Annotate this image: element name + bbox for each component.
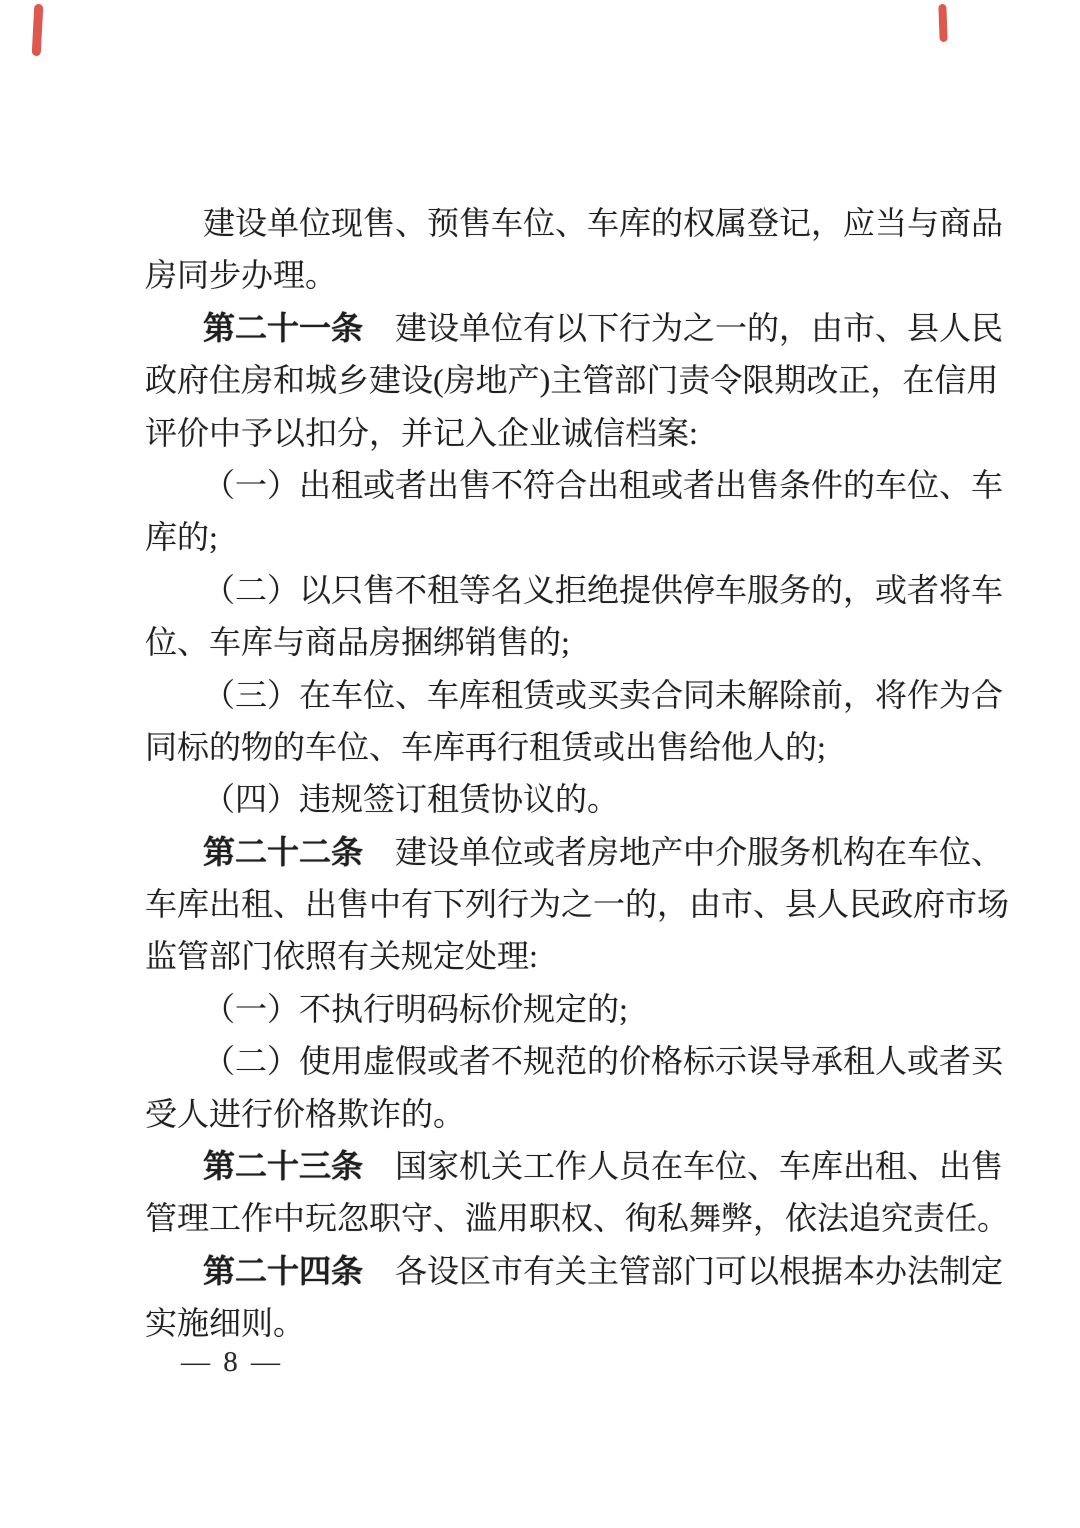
body-text-run: 国家机关工作人员在车位、车库出租、出售 [363, 1148, 1003, 1184]
text-line: （二）以只售不租等名义拒绝提供停车服务的，或者将车 [145, 564, 1045, 616]
text-line: 库的; [145, 511, 1045, 563]
article-heading: 第二十三条 [203, 1148, 363, 1184]
body-text-run: 车库出租、出售中有下列行为之一的，由市、县人民政府市场 [145, 886, 1009, 922]
body-text-run: （一）不执行明码标价规定的; [203, 991, 628, 1027]
article-heading: 第二十四条 [203, 1253, 363, 1289]
text-line: 受人进行价格欺诈的。 [145, 1088, 1045, 1140]
text-line: 同标的物的车位、车库再行租赁或出售给他人的; [145, 721, 1045, 773]
body-text-run: 建设单位或者房地产中介服务机构在车位、 [363, 834, 1003, 870]
text-line: （四）违规签订租赁协议的。 [145, 773, 1045, 825]
text-line: （三）在车位、车库租赁或买卖合同未解除前，将作为合 [145, 669, 1045, 721]
text-line: 第二十二条 建设单位或者房地产中介服务机构在车位、 [145, 826, 1045, 878]
body-text-run: 实施细则。 [145, 1305, 305, 1341]
text-line: 监管部门依照有关规定处理: [145, 930, 1045, 982]
body-text-run: 政府住房和城乡建设(房地产)主管部门责令限期改正，在信用 [145, 362, 998, 398]
body-text-run: （四）违规签订租赁协议的。 [203, 781, 619, 817]
body-text-run: 受人进行价格欺诈的。 [145, 1096, 465, 1132]
body-text-run: 同标的物的车位、车库再行租赁或出售给他人的; [145, 729, 826, 765]
body-text-run: （二）使用虚假或者不规范的价格标示误导承租人或者买 [203, 1043, 1003, 1079]
body-text-run: 房同步办理。 [145, 257, 337, 293]
red-stroke-top-left [32, 4, 44, 56]
text-line: 位、车库与商品房捆绑销售的; [145, 616, 1045, 668]
body-text-run: 建设单位现售、预售车位、车库的权属登记，应当与商品 [203, 205, 1003, 241]
body-text-run: 建设单位有以下行为之一的，由市、县人民 [363, 310, 1003, 346]
text-line: 评价中予以扣分，并记入企业诚信档案: [145, 407, 1045, 459]
body-text-run: （一）出租或者出售不符合出租或者出售条件的车位、车 [203, 467, 1003, 503]
text-line: 政府住房和城乡建设(房地产)主管部门责令限期改正，在信用 [145, 354, 1045, 406]
article-heading: 第二十一条 [203, 310, 363, 346]
body-text-run: 监管部门依照有关规定处理: [145, 938, 538, 974]
document-page: 建设单位现售、预售车位、车库的权属登记，应当与商品房同步办理。第二十一条 建设单… [0, 0, 1080, 1528]
red-stroke-top-right [938, 4, 947, 42]
text-line: 建设单位现售、预售车位、车库的权属登记，应当与商品 [145, 197, 1045, 249]
body-text-run: 各设区市有关主管部门可以根据本办法制定 [363, 1253, 1003, 1289]
text-line: 房同步办理。 [145, 249, 1045, 301]
text-line: （一）出租或者出售不符合出租或者出售条件的车位、车 [145, 459, 1045, 511]
body-text-run: 管理工作中玩忽职守、滥用职权、徇私舞弊，依法追究责任。 [145, 1200, 1009, 1236]
text-line: 第二十三条 国家机关工作人员在车位、车库出租、出售 [145, 1140, 1045, 1192]
body-text-run: （二）以只售不租等名义拒绝提供停车服务的，或者将车 [203, 572, 1003, 608]
text-line: 管理工作中玩忽职守、滥用职权、徇私舞弊，依法追究责任。 [145, 1192, 1045, 1244]
text-line: 车库出租、出售中有下列行为之一的，由市、县人民政府市场 [145, 878, 1045, 930]
text-line: （二）使用虚假或者不规范的价格标示误导承租人或者买 [145, 1035, 1045, 1087]
text-line: 第二十四条 各设区市有关主管部门可以根据本办法制定 [145, 1245, 1045, 1297]
body-text-run: （三）在车位、车库租赁或买卖合同未解除前，将作为合 [203, 677, 1003, 713]
text-line: 第二十一条 建设单位有以下行为之一的，由市、县人民 [145, 302, 1045, 354]
text-line: （一）不执行明码标价规定的; [145, 983, 1045, 1035]
body-text-run: 库的; [145, 519, 218, 555]
article-heading: 第二十二条 [203, 834, 363, 870]
page-number: — 8 — [181, 1346, 283, 1379]
body-text-run: 位、车库与商品房捆绑销售的; [145, 624, 570, 660]
text-line: 实施细则。 [145, 1297, 1045, 1349]
body-text-run: 评价中予以扣分，并记入企业诚信档案: [145, 415, 698, 451]
document-body: 建设单位现售、预售车位、车库的权属登记，应当与商品房同步办理。第二十一条 建设单… [145, 197, 1045, 1350]
